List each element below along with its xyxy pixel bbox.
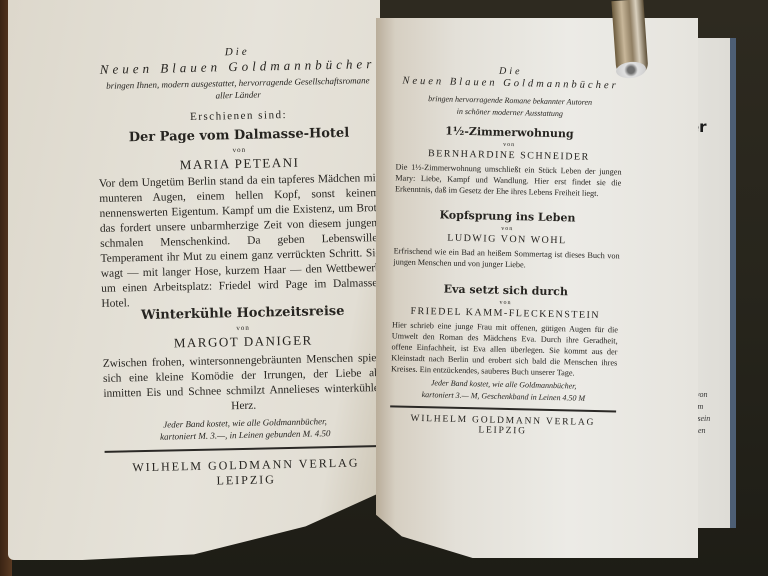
right-page-text: Die Neuen Blauen Goldmannbücher bringen …	[389, 59, 624, 474]
book-author: LUDWIG VON WOHL	[394, 231, 620, 247]
publisher: WILHELM GOLDMANN VERLAG LEIPZIG	[390, 413, 616, 438]
book-author: MARGOT DANIGER	[98, 331, 388, 353]
divider-rule	[105, 445, 385, 452]
book-blurb: Zwischen frohen, wintersonnengebräunten …	[103, 351, 384, 417]
book-blurb: Hier schrieb eine junge Frau mit offenen…	[391, 319, 618, 379]
book-blurb: Erfrischend wie ein Bad an heißem Sommer…	[393, 245, 619, 272]
book-title: Kopfsprung ins Leben	[394, 207, 620, 225]
published-label: Erschienen sind:	[93, 107, 383, 125]
book-author: FRIEDEL KAMM-FLECKENSTEIN	[392, 305, 618, 321]
book-blurb: Die 1½-Zimmerwohnung umschließt ein Stüc…	[395, 161, 622, 199]
book-title: Eva setzt sich durch	[393, 281, 619, 299]
book-author: BERNHARDINE SCHNEIDER	[396, 147, 622, 163]
publisher: WILHELM GOLDMANN VERLAG LEIPZIG	[101, 455, 392, 491]
book-blurb: Vor dem Ungetüm Berlin stand da ein tapf…	[99, 171, 382, 312]
left-page-text: Die Neuen Blauen Goldmannbücher bringen …	[92, 37, 391, 483]
intro-line-2: in schöner moderner Ausstattung	[397, 105, 623, 119]
price-line-2: kartoniert 3.— M, Geschenkband in Leinen…	[390, 389, 616, 403]
divider-rule	[390, 405, 616, 412]
book-title: 1½-Zimmerwohnung	[396, 123, 622, 141]
